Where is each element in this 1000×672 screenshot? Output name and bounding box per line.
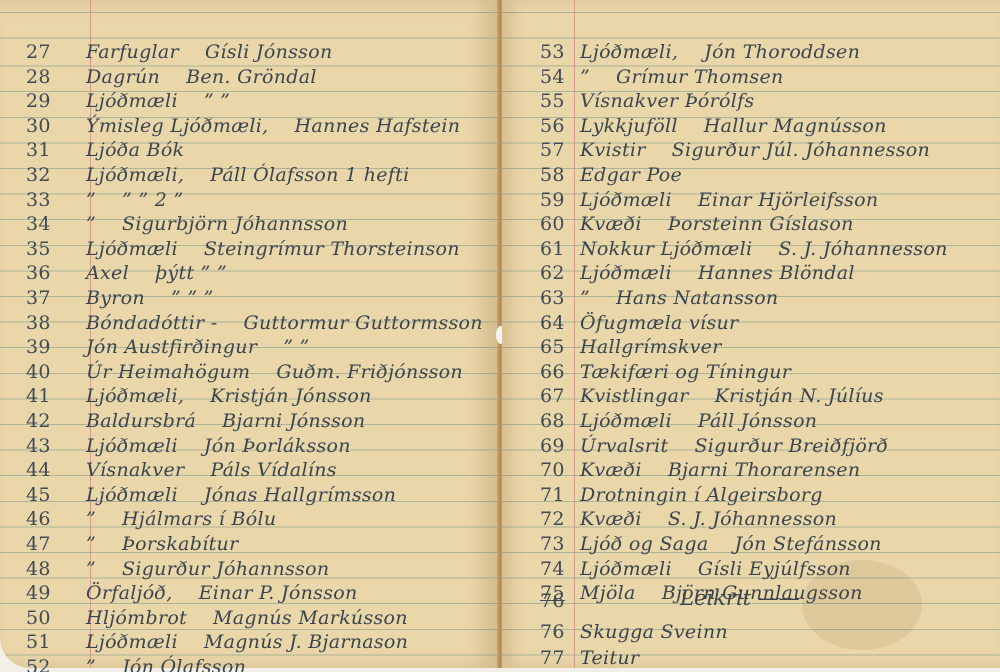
entry-title: Ljóðmæli — [86, 90, 178, 112]
struck-row: 76 — [502, 586, 580, 612]
entry-title: Mjöla — [580, 582, 636, 604]
entry-number: 38 — [0, 312, 86, 334]
entry-number: 60 — [502, 213, 580, 235]
list-item: 48”Sigurður Jóhannsson — [0, 554, 329, 580]
entry-author: Gísli Eyjúlfsson — [698, 558, 851, 580]
entry-title: Kvæði — [580, 459, 642, 481]
entry-number: 70 — [502, 459, 580, 481]
entry-title: Tækifæri og Tíningur — [580, 361, 791, 383]
entry-number: 41 — [0, 385, 86, 407]
entry-number: 67 — [502, 385, 580, 407]
entry-title: Dagrún — [86, 66, 160, 88]
entry-author: ” ” — [283, 336, 309, 358]
list-item: 39Jón Austfirðingur” ” — [0, 332, 310, 358]
entry-number: 35 — [0, 238, 86, 260]
entry-number: 52 — [0, 656, 86, 672]
entry-number: 36 — [0, 262, 86, 284]
list-item: 71Drotningin í Algeirsborg — [502, 480, 849, 506]
entry-author: Þorsteinn Gíslason — [668, 213, 854, 235]
entry-author: Kristján N. Júlíus — [715, 385, 884, 407]
list-item: 28DagrúnBen. Gröndal — [0, 62, 317, 88]
entry-title: Ljóðmæli — [86, 435, 178, 457]
entry-title: Ljóðmæli — [580, 558, 672, 580]
entry-title: Ljóðmæli — [580, 189, 672, 211]
list-item: 34”Sigurbjörn Jóhannsson — [0, 209, 348, 235]
entry-author: Hans Natansson — [616, 287, 778, 309]
list-item: 69ÚrvalsritSigurður Breiðfjörð — [502, 431, 888, 457]
entry-number: 48 — [0, 558, 86, 580]
entry-number: 28 — [0, 66, 86, 88]
entry-title: ” — [86, 508, 96, 530]
list-item: 63”Hans Natansson — [502, 283, 778, 309]
entry-title: Jón Austfirðingur — [86, 336, 257, 358]
entry-number: 71 — [502, 484, 580, 506]
entry-author: Hallur Magnússon — [704, 115, 887, 137]
entry-author: Ben. Gröndal — [186, 66, 317, 88]
list-item: 29Ljóðmæli” ” — [0, 86, 230, 112]
entry-title: Kvistir — [580, 139, 646, 161]
list-item: 67KvistlingarKristján N. Júlíus — [502, 381, 884, 407]
entry-number: 39 — [0, 336, 86, 358]
entry-title: Bóndadóttir - — [86, 312, 218, 334]
entry-title: Kvistlingar — [580, 385, 689, 407]
entry-title: ” — [86, 189, 96, 211]
entry-title: Ljóðmæli — [86, 631, 178, 653]
entry-title: Örfaljóð, — [86, 582, 173, 604]
entry-number: 32 — [0, 164, 86, 186]
entry-author: Hannes Blöndal — [698, 262, 855, 284]
list-item: 59LjóðmæliEinar Hjörleifsson — [502, 185, 878, 211]
list-item: 27FarfuglarGísli Jónsson — [0, 37, 333, 63]
entry-number: 62 — [502, 262, 580, 284]
entry-author: ” ” — [204, 90, 230, 112]
list-item: 65Hallgrímskver — [502, 332, 748, 358]
list-item: 61Nokkur LjóðmæliS. J. Jóhannesson — [502, 234, 948, 260]
entry-author: Einar P. Jónsson — [199, 582, 358, 604]
list-item: 70KvæðiBjarni Thorarensen — [502, 455, 860, 481]
list-item: 62LjóðmæliHannes Blöndal — [502, 258, 855, 284]
entry-number: 57 — [502, 139, 580, 161]
entry-author: S. J. Jóhannesson — [668, 508, 837, 530]
entry-title: Kvæði — [580, 508, 642, 530]
entry-title: Vísnakver Þórólfs — [580, 90, 755, 112]
right-page: 53Ljóðmæli,Jón Thoroddsen54”Grímur Thoms… — [502, 0, 1000, 668]
entry-author: Sigurbjörn Jóhannsson — [122, 213, 348, 235]
entry-author: Jón Stefánsson — [735, 533, 882, 555]
entry-title: ” — [580, 66, 590, 88]
entry-number: 50 — [0, 607, 86, 629]
left-page: 27FarfuglarGísli Jónsson28DagrúnBen. Grö… — [0, 0, 498, 668]
entry-author: S. J. Jóhannesson — [778, 238, 947, 260]
list-item: 53Ljóðmæli,Jón Thoroddsen — [502, 37, 860, 63]
entry-number: 27 — [0, 41, 86, 63]
list-item: 32Ljóðmæli,Páll Ólafsson 1 hefti — [0, 160, 410, 186]
entry-number: 43 — [0, 435, 86, 457]
entry-author: Sigurður Breiðfjörð — [694, 435, 888, 457]
entry-number: 76 — [502, 621, 580, 643]
entry-author: Hannes Hafstein — [294, 115, 460, 137]
entry-title: ” — [86, 533, 96, 555]
entry-number: 68 — [502, 410, 580, 432]
entry-title: Ljóðmæli, — [86, 385, 184, 407]
entry-author: Gísli Jónsson — [205, 41, 333, 63]
entry-title: Axel — [86, 262, 129, 284]
entry-number: 30 — [0, 115, 86, 137]
entry-title: Baldursbrá — [86, 410, 196, 432]
entry-title: Skugga Sveinn — [580, 621, 728, 643]
list-item: 58Edgar Poe — [502, 160, 708, 186]
list-item: 55Vísnakver Þórólfs — [502, 86, 781, 112]
entry-number: 45 — [0, 484, 86, 506]
entry-author: Guðm. Friðjónsson — [276, 361, 463, 383]
list-item: 73Ljóð og SagaJón Stefánsson — [502, 529, 882, 555]
list-item: 49Örfaljóð,Einar P. Jónsson — [0, 578, 358, 604]
entry-title: Ljóðmæli — [86, 484, 178, 506]
list-item: 44VísnakverPáls Vídalíns — [0, 455, 337, 481]
entry-author: Páll Ólafsson 1 hefti — [210, 164, 409, 186]
entry-author: ” ” 2 ” — [122, 189, 183, 211]
entry-title: Hljómbrot — [86, 607, 187, 629]
list-item: 38Bóndadóttir -Guttormur Guttormsson — [0, 308, 483, 334]
list-item: 45LjóðmæliJónas Hallgrímsson — [0, 480, 396, 506]
entry-title: Úrvalsrit — [580, 435, 668, 457]
entry-number: 53 — [502, 41, 580, 63]
list-item: 33”” ” 2 ” — [0, 185, 183, 211]
entry-author: Jón Thoroddsen — [704, 41, 860, 63]
entry-number: 29 — [0, 90, 86, 112]
entry-author: Magnús J. Bjarnason — [204, 631, 408, 653]
entry-number: 61 — [502, 238, 580, 260]
entry-title: Ljóðmæli — [580, 410, 672, 432]
list-item: 68LjóðmæliPáll Jónsson — [502, 406, 817, 432]
entry-number: 44 — [0, 459, 86, 481]
list-item: 35LjóðmæliSteingrímur Thorsteinson — [0, 234, 460, 260]
list-item: 41Ljóðmæli,Kristján Jónsson — [0, 381, 372, 407]
list-item: 57KvistirSigurður Júl. Jóhannesson — [502, 135, 930, 161]
list-item: 72KvæðiS. J. Jóhannesson — [502, 504, 837, 530]
entry-author: Jónas Hallgrímsson — [204, 484, 396, 506]
entry-title: Ljóðmæli, — [580, 41, 678, 63]
entry-author: Jón Ólafsson — [122, 656, 246, 672]
entry-number: 40 — [0, 361, 86, 383]
list-item: 43LjóðmæliJón Þorláksson — [0, 431, 351, 457]
entry-author: Steingrímur Thorsteinson — [204, 238, 460, 260]
list-item: 74LjóðmæliGísli Eyjúlfsson — [502, 554, 851, 580]
entry-title: Ljóðmæli, — [86, 164, 184, 186]
list-item: 52”Jón Ólafsson — [0, 652, 246, 672]
entry-number: 51 — [0, 631, 86, 653]
list-item: 66Tækifæri og Tíningur — [502, 357, 817, 383]
entry-author: Einar Hjörleifsson — [698, 189, 879, 211]
entry-author: Hjálmars í Bólu — [122, 508, 276, 530]
list-item: 30Ýmisleg Ljóðmæli,Hannes Hafstein — [0, 111, 460, 137]
entry-number: 49 — [0, 582, 86, 604]
entry-author: Bjarni Thorarensen — [668, 459, 861, 481]
entry-title: Hallgrímskver — [580, 336, 722, 358]
entry-title: ” — [86, 656, 96, 672]
list-item: 31Ljóða Bók — [0, 135, 210, 161]
entry-author: Þorskabítur — [122, 533, 238, 555]
list-item: 64Öfugmæla vísur — [502, 308, 764, 334]
entry-number: 34 — [0, 213, 86, 235]
entry-title: Nokkur Ljóðmæli — [580, 238, 752, 260]
entry-author: þýtt ” ” — [155, 262, 227, 284]
struck-number: 76 — [502, 590, 580, 612]
entry-title: Ljóð og Saga — [580, 533, 709, 555]
entry-author: Sigurður Jóhannsson — [122, 558, 329, 580]
entry-number: 56 — [502, 115, 580, 137]
entry-number: 55 — [502, 90, 580, 112]
list-item: 37Byron” ” ” — [0, 283, 214, 309]
entry-number: 69 — [502, 435, 580, 457]
section-heading: Leikrit —— — [680, 586, 800, 610]
list-item: 54”Grímur Thomsen — [502, 62, 784, 88]
entry-title: Kvæði — [580, 213, 642, 235]
list-item: 46”Hjálmars í Bólu — [0, 504, 276, 530]
entry-number: 72 — [502, 508, 580, 530]
entry-author: Sigurður Júl. Jóhannesson — [672, 139, 930, 161]
entry-title: Ýmisleg Ljóðmæli, — [86, 115, 268, 137]
list-item: 60KvæðiÞorsteinn Gíslason — [502, 209, 854, 235]
entry-author: Jón Þorláksson — [204, 435, 351, 457]
list-item: 40Úr HeimahögumGuðm. Friðjónsson — [0, 357, 463, 383]
entry-title: Vísnakver — [86, 459, 184, 481]
entry-title: Teitur — [580, 647, 639, 669]
entry-number: 42 — [0, 410, 86, 432]
list-item: 76Skugga Sveinn — [502, 617, 754, 643]
entry-author: ” ” ” — [171, 287, 214, 309]
entry-number: 64 — [502, 312, 580, 334]
entry-author: Páll Jónsson — [698, 410, 818, 432]
list-item: 50HljómbrotMagnús Markússon — [0, 603, 408, 629]
entry-author: Grímur Thomsen — [616, 66, 784, 88]
entry-title: Byron — [86, 287, 145, 309]
entry-number: 63 — [502, 287, 580, 309]
entry-title: ” — [580, 287, 590, 309]
entry-title: Úr Heimahögum — [86, 361, 250, 383]
entry-author: Magnús Markússon — [213, 607, 408, 629]
entry-title: ” — [86, 213, 96, 235]
entry-title: Edgar Poe — [580, 164, 682, 186]
entry-title: Farfuglar — [86, 41, 179, 63]
entry-number: 74 — [502, 558, 580, 580]
entry-number: 65 — [502, 336, 580, 358]
entry-title: Ljóðmæli — [580, 262, 672, 284]
list-item: 51LjóðmæliMagnús J. Bjarnason — [0, 627, 408, 653]
entry-number: 37 — [0, 287, 86, 309]
entry-number: 46 — [0, 508, 86, 530]
entry-author: Bjarni Jónsson — [222, 410, 365, 432]
entry-number: 73 — [502, 533, 580, 555]
list-item: 77Teitur — [502, 643, 665, 669]
entry-title: Lykkjuföll — [580, 115, 678, 137]
entry-number: 31 — [0, 139, 86, 161]
entry-number: 33 — [0, 189, 86, 211]
entry-author: Páls Vídalíns — [210, 459, 336, 481]
entry-title: Drotningin í Algeirsborg — [580, 484, 823, 506]
list-item: 42BaldursbráBjarni Jónsson — [0, 406, 365, 432]
entry-title: Ljóða Bók — [86, 139, 184, 161]
entry-number: 47 — [0, 533, 86, 555]
entry-author: Kristján Jónsson — [210, 385, 372, 407]
entry-number: 58 — [502, 164, 580, 186]
entry-title: ” — [86, 558, 96, 580]
entry-title: Öfugmæla vísur — [580, 312, 738, 334]
entry-number: 66 — [502, 361, 580, 383]
list-item: 47”Þorskabítur — [0, 529, 238, 555]
list-item: 36Axelþýtt ” ” — [0, 258, 227, 284]
list-item: 56LykkjuföllHallur Magnússon — [502, 111, 887, 137]
entry-number: 59 — [502, 189, 580, 211]
entry-number: 77 — [502, 647, 580, 669]
entry-author: Guttormur Guttormsson — [244, 312, 483, 334]
entry-number: 54 — [502, 66, 580, 88]
entry-title: Ljóðmæli — [86, 238, 178, 260]
